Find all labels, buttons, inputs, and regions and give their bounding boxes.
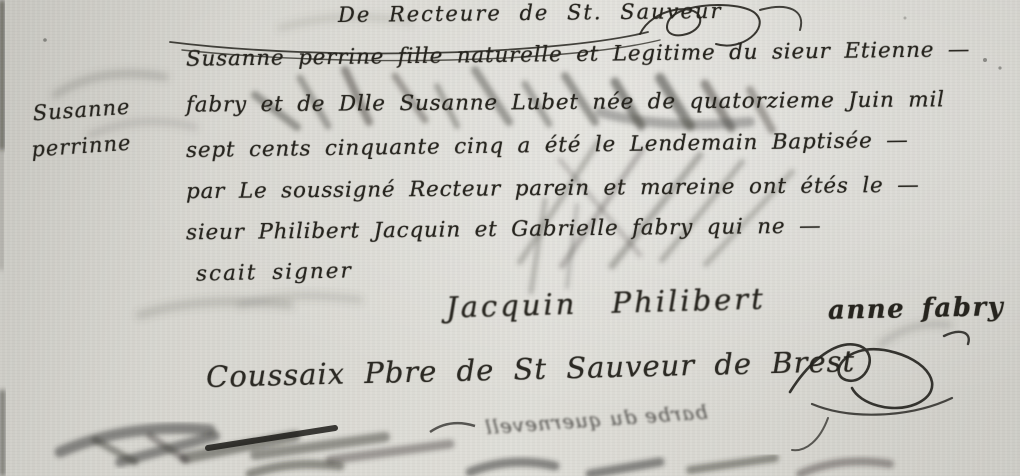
entry-heading: De Recteure de St. Sauveur	[338, 0, 723, 27]
register-page-scan: De Recteure de St. Sauveur Susanne perri…	[0, 0, 1020, 476]
signature-godmother: anne fabry	[828, 292, 1005, 326]
signature-godfather: Jacquin Philibert	[446, 282, 767, 325]
entry-body-line-3: sept cents cinquante cinq a été le Lende…	[186, 128, 909, 163]
entry-body-line-4: par Le soussigné Recteur parein et marei…	[186, 173, 920, 204]
entry-body-line-5: sieur Philibert Jacquin et Gabrielle fab…	[186, 214, 822, 246]
entry-body-line-6: scait signer	[196, 258, 353, 286]
margin-note-line1: Susanne	[32, 95, 131, 126]
margin-note-line2: perrinne	[31, 131, 134, 162]
entry-body-line-2: fabry et de Dlle Susanne Lubet née de qu…	[186, 87, 945, 117]
verso-bleedthrough-text: barbe du quernevell	[408, 400, 709, 445]
margin-note-name: Susanne perrinne	[32, 95, 134, 162]
officiant-signature-line: Coussaix Pbre de St Sauveur de Brest	[206, 344, 856, 394]
entry-body-line-1: Susanne perrine fille naturelle et Legit…	[186, 37, 970, 72]
